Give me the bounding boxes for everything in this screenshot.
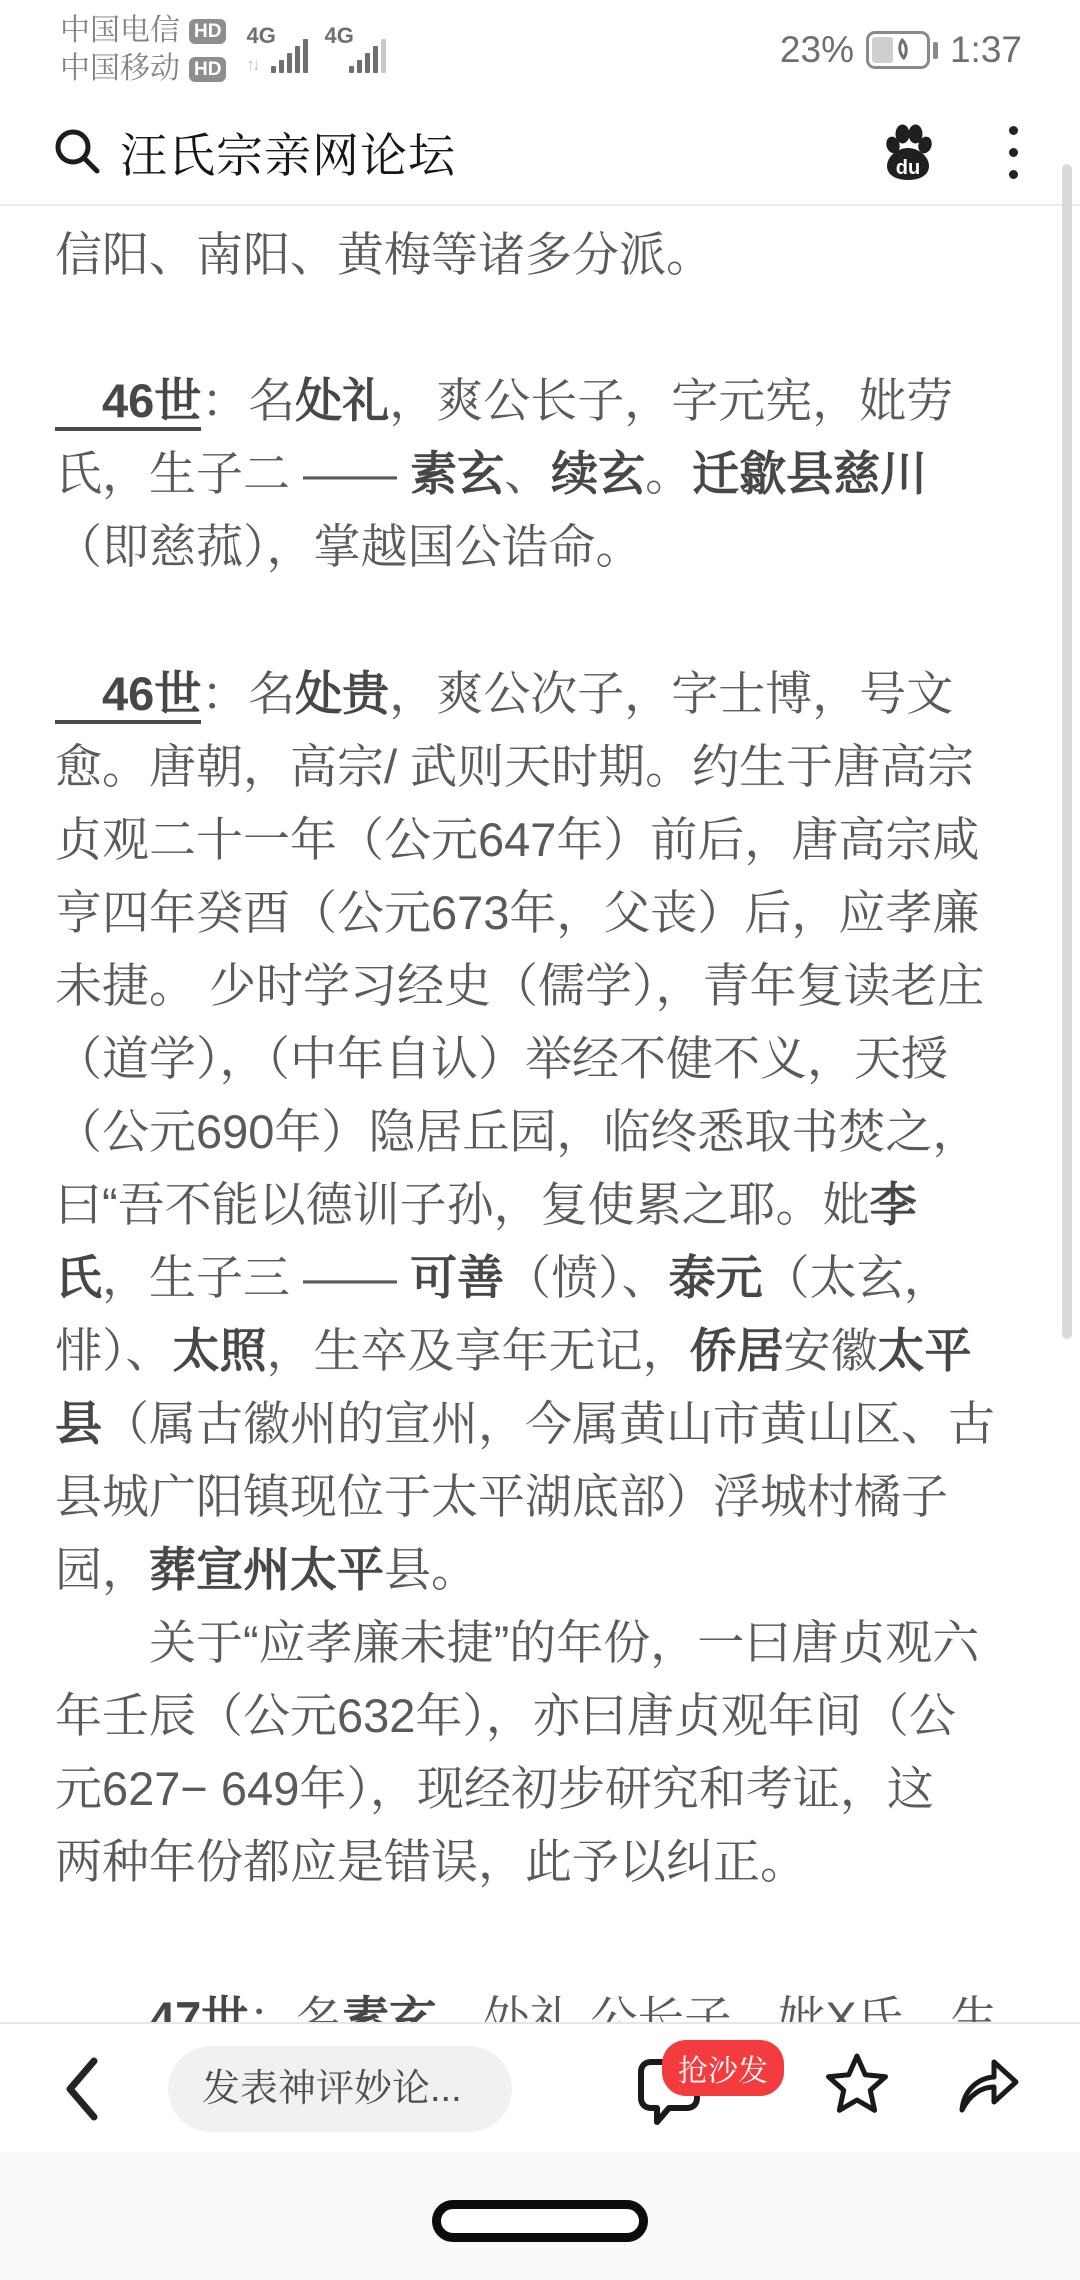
text-line: 46世：名处礼，爽公长子，字元宪，妣劳	[55, 364, 1055, 437]
share-icon[interactable]	[954, 2054, 1022, 2118]
scrollbar-thumb[interactable]	[1062, 164, 1072, 1339]
hd-badge: HD	[189, 19, 226, 44]
text-line: 两种年份都应是错误，此予以纠正。	[55, 1825, 1055, 1898]
text-line: 信阳、南阳、黄梅等诸多分派。	[55, 218, 1055, 291]
article-text: 信阳、南阳、黄梅等诸多分派。 46世：名处礼，爽公长子，字元宪，妣劳氏，生子二 …	[55, 218, 1055, 2022]
bottom-toolbar: 抢沙发	[0, 2022, 1080, 2154]
signal-strength-icon-sim2: 4G	[324, 19, 386, 81]
battery-icon	[866, 31, 938, 69]
browser-header: 汪氏宗亲网论坛 du	[0, 100, 1080, 206]
text-line: 年壬辰（公元632年），亦曰唐贞观年间（公	[55, 1679, 1055, 1752]
baidu-app-icon[interactable]: du	[883, 124, 933, 180]
clock: 1:37	[950, 29, 1022, 71]
sofa-badge: 抢沙发	[662, 2040, 784, 2096]
text-line: 关于“应孝廉未捷”的年份，一曰唐贞观六	[55, 1606, 1055, 1679]
hd-badge: HD	[189, 57, 226, 82]
text-line: （公元690年）隐居丘园，临终悉取书焚之，	[55, 1095, 1055, 1168]
text-line: 氏，生子三 —— 可善（愤）、泰元（太玄，	[55, 1241, 1055, 1314]
power-saving-leaf-icon	[892, 38, 915, 61]
text-line: 亨四年癸酉（公元673年，父丧）后，应孝廉	[55, 876, 1055, 949]
battery-percent: 23%	[780, 29, 854, 71]
text-line: 贞观二十一年（公元647年）前后，唐高宗咸	[55, 803, 1055, 876]
back-icon[interactable]	[62, 2055, 102, 2123]
signal-indicators: 4G ↑↓ 4G	[246, 19, 386, 81]
search-icon[interactable]	[52, 126, 104, 178]
text-line: 曰“吾不能以德训子孙，复使累之耶。妣李	[55, 1168, 1055, 1241]
text-line: 46世：名处贵，爽公次子，字士博，号文	[55, 657, 1055, 730]
article-content: 信阳、南阳、黄梅等诸多分派。 46世：名处礼，爽公长子，字元宪，妣劳氏，生子二 …	[0, 206, 1080, 2022]
text-line: （即慈菰），掌越国公诰命。	[55, 510, 1055, 583]
carrier-1-label: 中国电信	[60, 12, 180, 50]
home-indicator[interactable]	[432, 2200, 648, 2242]
carrier-2-label: 中国移动	[60, 50, 180, 88]
overflow-menu-icon[interactable]	[1005, 122, 1022, 183]
text-line: 未捷。 少时学习经史（儒学），青年复读老庄	[55, 949, 1055, 1022]
text-line: 47世：名素玄，处礼 公长子，妣X氏，生	[55, 1982, 1055, 2022]
svg-text:du: du	[896, 157, 920, 179]
carrier-labels: 中国电信 HD 中国移动 HD	[60, 12, 226, 88]
gesture-area	[0, 2152, 1080, 2280]
text-line: 氏，生子二 —— 素玄、续玄。迁歙县慈川	[55, 437, 1055, 510]
text-line: 县（属古徽州的宣州，今属黄山市黄山区、古	[55, 1387, 1055, 1460]
page-title: 汪氏宗亲网论坛	[120, 119, 456, 186]
text-line: 县城广阳镇现位于太平湖底部）浮城村橘子	[55, 1460, 1055, 1533]
status-bar: 中国电信 HD 中国移动 HD 4G ↑↓ 4G	[0, 0, 1080, 100]
signal-strength-icon-sim1: 4G ↑↓	[246, 19, 308, 81]
text-line: （道学），（中年自认）举经不健不义，天授	[55, 1022, 1055, 1095]
text-line: 愈。唐朝，高宗/ 武则天时期。约生于唐高宗	[55, 730, 1055, 803]
phone-screen: 中国电信 HD 中国移动 HD 4G ↑↓ 4G	[0, 0, 1080, 2280]
text-line: 园，葬宣州太平县。	[55, 1533, 1055, 1606]
data-activity-arrows-icon: ↑↓	[246, 55, 257, 75]
comment-input[interactable]	[168, 2046, 512, 2132]
text-line: 悱）、太照，生卒及享年无记，侨居安徽太平	[55, 1314, 1055, 1387]
favorite-star-icon[interactable]	[824, 2052, 890, 2116]
text-line: 元627− 649年），现经初步研究和考证，这	[55, 1752, 1055, 1825]
